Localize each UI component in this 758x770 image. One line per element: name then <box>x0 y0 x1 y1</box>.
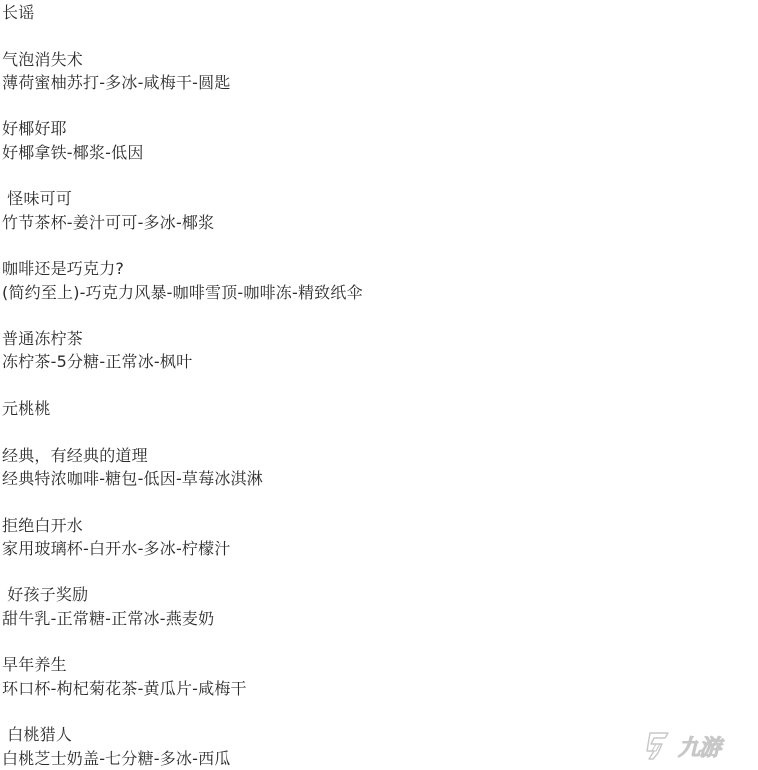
blank-line <box>2 24 742 47</box>
blank-line <box>2 94 742 117</box>
blank-line <box>2 234 742 257</box>
blank-line <box>2 490 742 513</box>
section-title-changyao: 长谣 <box>2 1 742 24</box>
recipe-ingredients: 经典特浓咖啡-糖包-低因-草莓冰淇淋 <box>2 467 742 490</box>
recipe-ingredients: 薄荷蜜柚苏打-多冰-咸梅干-圆匙 <box>2 71 742 94</box>
recipe-name: 经典，有经典的道理 <box>2 444 742 467</box>
recipe-name: 好孩子奖励 <box>2 583 742 606</box>
recipe-ingredients: 甜牛乳-正常糖-正常冰-燕麦奶 <box>2 607 742 630</box>
blank-line <box>2 374 742 397</box>
recipe-ingredients: 白桃芝士奶盖-七分糖-多冰-西瓜 <box>2 747 742 770</box>
watermark: 九游 <box>640 728 750 764</box>
blank-line <box>2 700 742 723</box>
recipe-name: 白桃猎人 <box>2 723 742 746</box>
recipe-name: 拒绝白开水 <box>2 514 742 537</box>
blank-line <box>2 420 742 443</box>
recipe-ingredients: (简约至上)-巧克力风暴-咖啡雪顶-咖啡冻-精致纸伞 <box>2 281 742 304</box>
recipe-name: 好椰好耶 <box>2 117 742 140</box>
blank-line <box>2 164 742 187</box>
recipe-name: 普通冻柠茶 <box>2 327 742 350</box>
blank-line <box>2 630 742 653</box>
recipe-ingredients: 好椰拿铁-椰浆-低因 <box>2 141 742 164</box>
recipe-name: 怪味可可 <box>2 187 742 210</box>
recipe-name: 气泡消失术 <box>2 48 742 71</box>
recipe-name: 咖啡还是巧克力? <box>2 257 742 280</box>
recipe-ingredients: 环口杯-枸杞菊花茶-黄瓜片-咸梅干 <box>2 677 742 700</box>
recipe-ingredients: 家用玻璃杯-白开水-多冰-柠檬汁 <box>2 537 742 560</box>
jiuyou-logo-icon <box>640 729 674 763</box>
blank-line <box>2 304 742 327</box>
recipe-document: 长谣 气泡消失术 薄荷蜜柚苏打-多冰-咸梅干-圆匙 好椰好耶 好椰拿铁-椰浆-低… <box>2 1 742 770</box>
section-title-yuantaotao: 元桃桃 <box>2 397 742 420</box>
recipe-ingredients: 冻柠茶-5分糖-正常冰-枫叶 <box>2 350 742 373</box>
recipe-name: 早年养生 <box>2 653 742 676</box>
watermark-text: 九游 <box>678 731 720 762</box>
blank-line <box>2 560 742 583</box>
recipe-ingredients: 竹节茶杯-姜汁可可-多冰-椰浆 <box>2 211 742 234</box>
